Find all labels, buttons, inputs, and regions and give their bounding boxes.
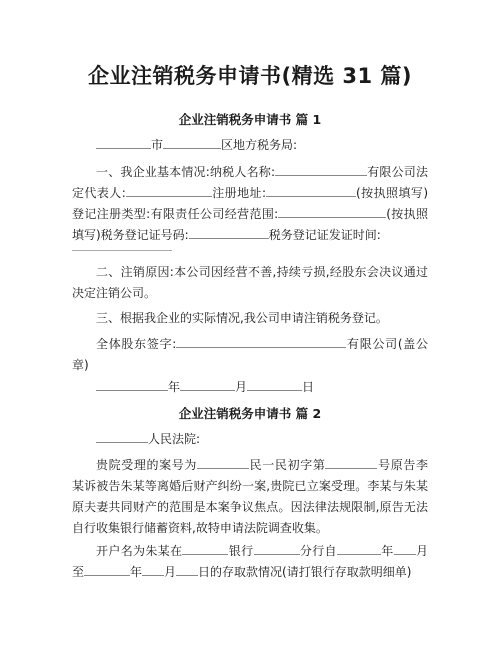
day-label: 日 [302, 380, 314, 394]
legal-rep-blank [126, 184, 212, 197]
para-text: 分行自 [300, 544, 337, 558]
para-text: 日的存取款情况(请打银行存取款明细单) [198, 565, 411, 579]
branch-blank [254, 542, 300, 555]
item-1-text: 税务登记证发证时间: [269, 228, 381, 242]
item-1-text: 注册地址: [212, 186, 266, 200]
year-label: 年 [168, 380, 180, 394]
district-suffix: 区地方税务局: [221, 138, 297, 152]
court-blank [96, 430, 148, 443]
issue-date-blank [72, 250, 172, 251]
address-blank [266, 184, 356, 197]
section-1-item-1: 一、我企业基本情况:纳税人名称:有限公司法定代表人:注册地址:(按执照填写)登记… [72, 162, 428, 246]
para-text: 银行 [228, 544, 253, 558]
to-year-blank [84, 563, 130, 576]
para-text: 年 [381, 544, 394, 558]
section-2-paragraph-2: 开户名为朱某在银行分行自年月至年月日的存取款情况(请打银行存取款明细单) [72, 541, 428, 583]
item-1-text: 一、我企业基本情况:纳税人名称: [96, 165, 275, 179]
para-text: 开户名为朱某在 [96, 544, 182, 558]
para-text: 月 [164, 565, 176, 579]
tax-cert-number-blank [189, 226, 269, 239]
to-month-blank [142, 563, 164, 576]
day-blank [247, 378, 302, 391]
section-1-date: 年月日 [72, 377, 428, 398]
para-text: 民一民初字第 [249, 458, 325, 472]
section-1-item-3: 三、根据我企业的实际情况,我公司申请注销税务登记。 [72, 308, 428, 329]
section-1-item-2: 二、注销原因:本公司因经营不善,持续亏损,经股东会决议通过决定注销公司。 [72, 262, 428, 304]
section-1-signature: 全体股东签字:有限公司(盖公章) [72, 334, 428, 376]
signature-blank [176, 335, 346, 348]
year-blank [96, 378, 168, 391]
para-text: 年 [130, 565, 142, 579]
month-blank [180, 378, 235, 391]
section-1-heading: 企业注销税务申请书 篇 1 [0, 110, 500, 128]
document-title: 企业注销税务申请书(精选 31 篇) [0, 60, 500, 90]
month-label: 月 [235, 380, 247, 394]
case-number-blank [197, 456, 249, 469]
district-blank [163, 136, 221, 149]
business-scope-blank [278, 205, 386, 218]
to-day-blank [176, 563, 198, 576]
city-blank [96, 136, 151, 149]
city-suffix: 市 [151, 138, 163, 152]
section-2-paragraph-1: 贵院受理的案号为民一民初字第号原告李某诉被告朱某等离婚后财产纠纷一案,贵院已立案… [72, 455, 428, 539]
from-year-blank [337, 542, 381, 555]
court-suffix: 人民法院: [148, 432, 200, 446]
bank-blank [182, 542, 228, 555]
taxpayer-name-blank [275, 163, 367, 176]
signature-label: 全体股东签字: [96, 337, 176, 351]
section-1-addressee: 市区地方税务局: [72, 135, 428, 156]
section-2-addressee: 人民法院: [72, 429, 428, 450]
para-text: 贵院受理的案号为 [96, 458, 197, 472]
case-seq-blank [325, 456, 377, 469]
from-month-blank [394, 542, 416, 555]
section-2-heading: 企业注销税务申请书 篇 2 [0, 404, 500, 422]
